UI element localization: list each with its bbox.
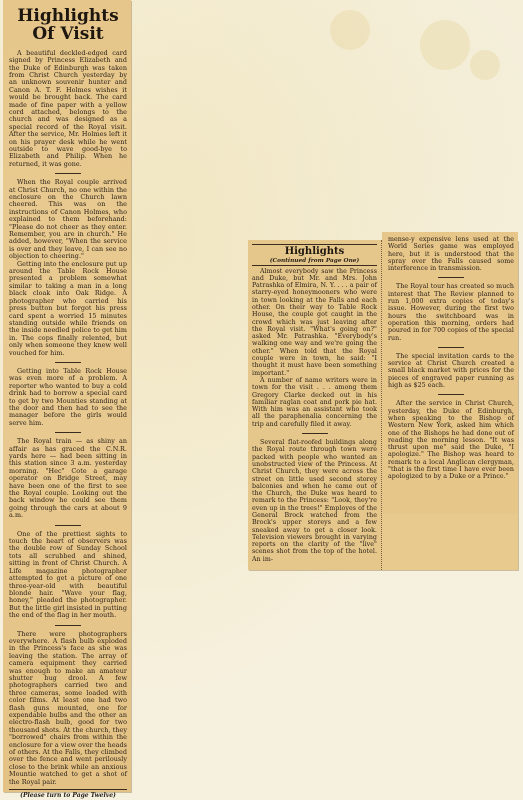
continuation-note: (Please turn to Page Twelve) [9,791,127,800]
section-divider [55,625,81,626]
section-divider [55,525,81,526]
section-divider [55,432,81,433]
continued-from-note: (Continued from Page One) [252,258,377,266]
section-divider [55,362,81,363]
article-paragraph: A number of name writers were in town fo… [252,377,377,428]
section-divider [438,394,464,395]
article-paragraph: One of the prettiest sights to touch the… [9,531,127,620]
article-paragraph: When the Royal couple arrived at Christ … [9,179,127,260]
newspaper-clipping-highlights-of-visit: Highlights Of Visit A beautiful deckled-… [3,0,131,792]
article-paragraph: A beautiful deckled-edged card signed by… [9,50,127,169]
article-paragraph: The special invitation cards to the serv… [388,353,514,389]
article-paragraph: mense-y expensive lens used at the World… [388,236,514,272]
stain-mark [420,20,470,70]
article-paragraph: Getting into Table Rock House was even m… [9,368,127,427]
clipping-column-b: mense-y expensive lens used at the World… [382,232,518,514]
top-rule [252,244,377,245]
article-paragraph: The Royal train — as shiny an affair as … [9,438,127,519]
clipping-column-a: Highlights (Continued from Page One) Alm… [248,240,382,570]
article-paragraph: After the service in Christ Church, yest… [388,400,514,480]
article-paragraph: Several flat-roofed buildings along the … [252,439,377,563]
newspaper-clipping-highlights-continued: Highlights (Continued from Page One) Alm… [248,240,518,570]
stain-mark [330,10,370,50]
section-divider [55,173,81,174]
article-paragraph: Almost everybody saw the Princess and Du… [252,268,377,377]
article-paragraph: Getting into the enclosure put up around… [9,261,127,357]
clipping-headline: Highlights [252,247,377,258]
section-divider [438,347,464,348]
footer-rule [9,789,127,790]
stain-mark [470,50,500,80]
article-paragraph: There were photographers everywhere. A f… [9,631,127,787]
article-paragraph: The Royal tour has created so much inter… [388,283,514,341]
section-divider [302,433,328,434]
section-divider [438,277,464,278]
clipping-headline: Highlights Of Visit [9,8,127,44]
